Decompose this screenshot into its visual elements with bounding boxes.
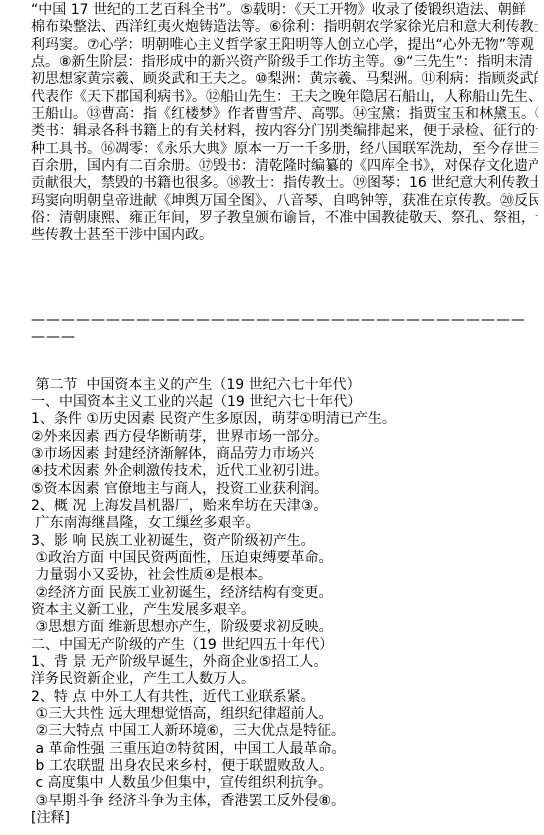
text-line: “中国 17 世纪的工艺百科全书”。⑤载明：《天工开物》收录了倭锻织造法、朝鲜 [31, 2, 538, 19]
text-line: 百余册，国内有二百余册。⑰毁书：清乾隆时编纂的《四库全书》，对保存文化遗产 [31, 158, 538, 175]
text-line: ③早期斗争 经济斗争为主体，香港罢工反外侵⑧。 [31, 793, 538, 810]
text-line: ③市场因素 封建经济渐解体，商品劳力市场兴 [31, 446, 538, 463]
text-line: 王船山。⑬曹高：指《红楼梦》作者曹雪芹、高鄂。⑭宝黛：指贾宝玉和林黛玉。⑮ [31, 106, 538, 123]
text-line: 贡献很大，禁毁的书籍也很多。⑱教士：指传教士。⑲图琴：16 世纪意大利传教士利 [31, 175, 538, 192]
text-line: c 高度集中 人数虽少但集中，宣传组织利抗争。 [31, 775, 538, 792]
text-line: 棉布染整法、西洋红夷火炮铸造法等。⑥徐利：指明朝农学家徐光启和意大利传教士 [31, 19, 538, 36]
text-line: 利玛窦。⑦心学：明朝唯心主义哲学家王阳明等人创立心学，提出“心外无物”等观 [31, 37, 538, 54]
text-line: a 革命性强 三重压迫⑦特贫困，中国工人最革命。 [31, 741, 538, 758]
text-line: 资本主义新工业，产生发展多艰辛。 [31, 602, 538, 619]
document-page: “中国 17 世纪的工艺百科全书”。⑤载明：《天工开物》收录了倭锻织造法、朝鲜棉… [0, 0, 544, 827]
text-line: ①三大共性 远大理想觉悟高，组织纪律超前人。 [31, 706, 538, 723]
text-line: 类书：辑录各科书籍上的有关材料，按内容分门别类编排起来，便于录检、征行的一 [31, 123, 538, 140]
text-line: 代表作《天下郡国利病书》。⑫船山先生：王夫之晚年隐居石船山，人称船山先生、 [31, 89, 538, 106]
text-line: 二、中国无产阶级的产生（19 世纪四五十年代） [31, 637, 538, 654]
text-line: 2、概 况 上海发昌机器厂，贻来牟坊在天津③。 [31, 498, 538, 515]
text-line: ——— [31, 329, 538, 346]
text-line: 2、特 点 中外工人有共性，近代工业联系紧。 [31, 689, 538, 706]
text-line: ④技术因素 外企刺激传技术，近代工业初引进。 [31, 463, 538, 480]
text-line: 第二节 中国资本主义的产生（19 世纪六七十年代） [31, 377, 538, 394]
text-line: ③思想方面 维新思想亦产生，阶级要求初反映。 [31, 619, 538, 636]
text-line: ⑤资本因素 官僚地主与商人，投资工业获利润。 [31, 481, 538, 498]
footnote-label: [注释] [31, 810, 538, 827]
text-line: 3、影 响 民族工业初诞生，资产阶级初产生。 [31, 533, 538, 550]
text-line: 初思想家黄宗羲、顾炎武和王夫之。⑩梨洲：黄宗羲、马梨洲。⑪利病：指顾炎武的 [31, 71, 538, 88]
text-line: 些传教士甚至干涉中国内政。 [31, 227, 538, 244]
text-line: 1、条件 ①历史因素 民资产生多原因，萌芽①明清已产生。 [31, 411, 538, 428]
text-line: 洋务民资新企业，产生工人数万人。 [31, 671, 538, 688]
text-line: ②三大特点 中国工人新环境⑥，三大优点是特征。 [31, 723, 538, 740]
text-line: 俗：清朝康熙、雍正年间，罗子教皇颁布谕旨，不准中国教徒敬天、祭孔、祭祖，一 [31, 210, 538, 227]
section-two-outline: 第二节 中国资本主义的产生（19 世纪六七十年代）一、中国资本主义工业的兴起（1… [31, 377, 538, 811]
text-line: ①政治方面 中国民资两面性，压迫束缚要革命。 [31, 550, 538, 567]
text-line: 种工具书。⑯凋零：《永乐大典》原本一万一千多册，经八国联军洗劫，至今存世三 [31, 141, 538, 158]
text-line: 广东南海继昌隆，女工缫丝多艰辛。 [31, 515, 538, 532]
text-line: 点。⑧新生阶层：指形成中的新兴资产阶级手工作坊主等。⑨“三先生”：指明末清 [31, 54, 538, 71]
text-line: 玛窦向明朝皇帝进献《坤舆万国全图》、八音琴、自鸣钟等，获准在京传教。⑳反民 [31, 193, 538, 210]
text-line: 1、背 景 无产阶级早诞生，外商企业⑤招工人。 [31, 654, 538, 671]
text-line: ②经济方面 民族工业初诞生，经济结构有变更。 [31, 585, 538, 602]
notes-continuation-paragraph: “中国 17 世纪的工艺百科全书”。⑤载明：《天工开物》收录了倭锻织造法、朝鲜棉… [31, 2, 538, 245]
text-line: ②外来因素 西方侵华断萌芽，世界市场一部分。 [31, 429, 538, 446]
text-line: ————————————————————————————————— [31, 312, 538, 329]
text-line: b 工农联盟 出身农民来乡村，便于联盟败敌人。 [31, 758, 538, 775]
text-line: 一、中国资本主义工业的兴起（19 世纪六七十年代） [31, 394, 538, 411]
divider: ———————————————————————————————————— [31, 312, 538, 347]
text-line: 力量弱小又妥协，社会性质④是根本。 [31, 567, 538, 584]
